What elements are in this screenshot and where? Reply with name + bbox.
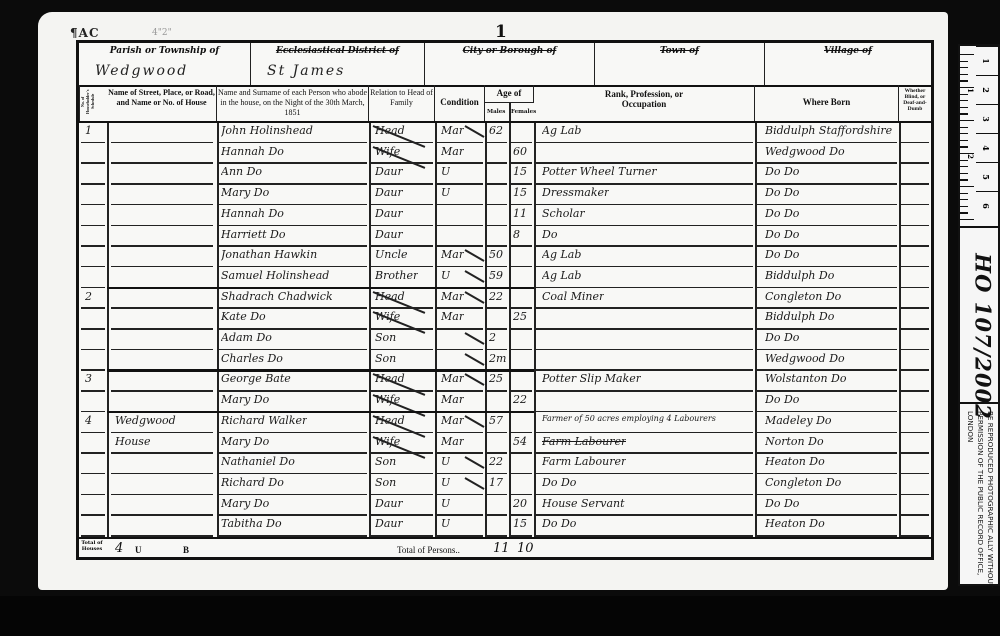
table-row: Ann DoDaurU15Potter Wheel TurnerDo Do — [79, 164, 931, 184]
totals-row: Total of Houses 4 U B Total of Persons..… — [79, 537, 931, 561]
place-value: Wedgwood — [79, 63, 250, 79]
cell-female-age: 8 — [513, 228, 520, 241]
ruler-tick — [960, 212, 968, 213]
ruler-tick — [960, 173, 968, 174]
cell-condition: U — [441, 186, 450, 199]
table-row: Charles DoSon2mWedgwood Do — [79, 351, 931, 371]
cell-male-age: 57 — [489, 414, 503, 427]
scan-border — [0, 596, 1000, 636]
cell-name: Mary Do — [221, 186, 269, 199]
cell-relation: Daur — [375, 165, 403, 178]
cell-address: House — [115, 435, 150, 448]
age-females-header: Females — [511, 109, 536, 115]
cell-female-age: 15 — [513, 186, 527, 199]
cell-birthplace: Congleton Do — [765, 290, 841, 303]
cell-condition: Mar — [441, 372, 464, 385]
ruler-number: 1 — [981, 58, 991, 64]
table-row: Kate DoWifeMar25Biddulph Do — [79, 309, 931, 329]
cell-name: Shadrach Chadwick — [221, 290, 333, 303]
ruler-number: 3 — [981, 116, 991, 122]
ruler-tick — [960, 100, 968, 101]
cell-relation: Son — [375, 352, 396, 365]
table-row: Adam DoSon2Do Do — [79, 330, 931, 350]
cell-male-age: 59 — [489, 269, 503, 282]
ruler-inch-mark: 1 — [966, 88, 975, 93]
cell-occupation: Do Do — [542, 476, 576, 489]
cell-relation: Son — [375, 476, 396, 489]
cell-male-age: 50 — [489, 248, 503, 261]
cell-name: Richard Do — [221, 476, 284, 489]
ruler-tick — [960, 140, 968, 141]
cell-condition: U — [441, 476, 450, 489]
table-row: 4WedgwoodRichard WalkerHeadMar57Farmer o… — [79, 413, 931, 433]
cell-birthplace: Biddulph Do — [765, 269, 834, 282]
reference-strip: 12345612 HO 107/2002 BE REPRODUCED PHOTO… — [958, 44, 1000, 586]
place-cell-1: Ecclesiastical District ofSt James — [251, 43, 425, 85]
cell-schedule: 3 — [85, 372, 92, 385]
total-females-value: 10 — [517, 541, 534, 556]
cell-birthplace: Congleton Do — [765, 476, 841, 489]
cell-name: Adam Do — [221, 331, 272, 344]
cell-birthplace: Do Do — [765, 248, 799, 261]
cell-birthplace: Madeley Do — [765, 414, 832, 427]
cell-name: Samuel Holinshead — [221, 269, 329, 282]
cell-occupation: Do Do — [542, 517, 576, 530]
cell-name: Mary Do — [221, 393, 269, 406]
cell-female-age: 22 — [513, 393, 527, 406]
table-row: Mary DoDaurU20House ServantDo Do — [79, 496, 931, 516]
cell-birthplace: Wolstanton Do — [765, 372, 846, 385]
household-separator — [107, 287, 534, 290]
cell-birthplace: Do Do — [765, 165, 799, 178]
place-label: Village of — [765, 46, 931, 56]
age-males-header: Males — [487, 109, 505, 115]
cell-occupation: Farm Labourer — [542, 455, 626, 468]
cell-occupation: Ag Lab — [542, 124, 581, 137]
ruler-tick — [960, 160, 968, 161]
cell-condition: Mar — [441, 435, 464, 448]
ruler-tick — [960, 133, 968, 134]
cell-name: George Bate — [221, 372, 291, 385]
cell-birthplace: Do Do — [765, 393, 799, 406]
table-row: Hannah DoDaur11ScholarDo Do — [79, 206, 931, 226]
cell-birthplace: Heaton Do — [765, 517, 825, 530]
ruler-number: 5 — [981, 174, 991, 180]
cell-relation: Daur — [375, 207, 403, 220]
ruler-inch-mark: 2 — [966, 154, 975, 159]
cell-relation: Head — [375, 414, 405, 427]
table-row: Jonathan HawkinUncleMar50Ag LabDo Do — [79, 247, 931, 267]
cell-male-age: 2 — [489, 331, 496, 344]
scale-ruler: 12345612 — [960, 46, 998, 228]
cell-birthplace: Do Do — [765, 497, 799, 510]
table-row: Samuel HolinsheadBrotherU59Ag LabBiddulp… — [79, 268, 931, 288]
ruler-tick — [960, 127, 968, 128]
cell-birthplace: Biddulph Staffordshire — [765, 124, 892, 137]
col-name-header: Name and Surname of each Person who abod… — [217, 85, 369, 121]
table-row: 3George BateHeadMar25Potter Slip MakerWo… — [79, 371, 931, 391]
cell-occupation: Ag Lab — [542, 269, 581, 282]
cell-name: Jonathan Hawkin — [221, 248, 317, 261]
place-label: City or Borough of — [425, 46, 594, 56]
col-age-header: Age of — [485, 85, 534, 103]
col-occupation-header: Rank, Profession, or Occupation — [534, 85, 755, 121]
cell-occupation: Coal Miner — [542, 290, 604, 303]
table-row: Mary DoWifeMar22Do Do — [79, 392, 931, 412]
cell-relation: Uncle — [375, 248, 408, 261]
table-row: Harriett DoDaur8DoDo Do — [79, 227, 931, 247]
place-label: Ecclesiastical District of — [251, 46, 424, 56]
ruler-number: 4 — [981, 145, 991, 151]
cell-schedule: 2 — [85, 290, 92, 303]
corner-faint-mark: 4"2" — [152, 28, 172, 38]
ruler-tick — [960, 166, 968, 167]
table-row: HouseMary DoWifeMar54Farm LabourerNorton… — [79, 434, 931, 454]
ruler-tick — [960, 74, 968, 75]
table-row: 1John HolinsheadHeadMar62Ag LabBiddulph … — [79, 123, 931, 143]
cell-birthplace: Norton Do — [765, 435, 824, 448]
cell-relation: Daur — [375, 517, 403, 530]
page-number: 1 — [495, 22, 507, 42]
cell-name: Hannah Do — [221, 207, 284, 220]
cell-condition: U — [441, 165, 450, 178]
cell-name: Kate Do — [221, 310, 266, 323]
cell-birthplace: Do Do — [765, 228, 799, 241]
cell-birthplace: Wedgwood Do — [765, 145, 845, 158]
place-label: Parish or Township of — [79, 46, 250, 56]
place-cell-3: Town of — [595, 43, 765, 85]
cell-birthplace: Do Do — [765, 331, 799, 344]
cell-name: Ann Do — [221, 165, 262, 178]
ruler-tick — [960, 193, 968, 194]
cell-relation: Head — [375, 290, 405, 303]
cell-female-age: 11 — [513, 207, 527, 220]
ruler-tick — [960, 61, 968, 62]
cell-relation: Brother — [375, 269, 418, 282]
cell-female-age: 25 — [513, 310, 527, 323]
cell-occupation: House Servant — [542, 497, 625, 510]
cell-occupation: Do — [542, 228, 557, 241]
ruler-number: 2 — [981, 87, 991, 93]
ruler-tick — [960, 107, 968, 108]
cell-name: Hannah Do — [221, 145, 284, 158]
cell-address: Wedgwood — [115, 414, 176, 427]
table-row: Nathaniel DoSonU22Farm LabourerHeaton Do — [79, 454, 931, 474]
ruler-tick — [960, 67, 968, 68]
table-row: Mary DoDaurU15DressmakerDo Do — [79, 185, 931, 205]
place-cell-4: Village of — [765, 43, 931, 85]
place-value: St James — [251, 63, 424, 79]
cell-birthplace: Heaton Do — [765, 455, 825, 468]
cell-relation: Son — [375, 455, 396, 468]
cell-schedule: 1 — [85, 124, 92, 137]
total-persons-label: Total of Persons.. — [397, 545, 460, 555]
cell-condition: Mar — [441, 248, 464, 261]
cell-birthplace: Do Do — [765, 207, 799, 220]
place-cell-2: City or Borough of — [425, 43, 595, 85]
cell-name: Mary Do — [221, 435, 269, 448]
cell-name: Charles Do — [221, 352, 283, 365]
cell-name: Mary Do — [221, 497, 269, 510]
col-blind-header: Whether Blind, or Deaf-and-Dumb — [899, 85, 931, 121]
ruler-tick — [960, 186, 974, 187]
cell-male-age: 62 — [489, 124, 503, 137]
place-cell-0: Parish or Township ofWedgwood — [79, 43, 251, 85]
ruler-tick — [960, 179, 968, 180]
cell-condition: U — [441, 497, 450, 510]
cell-condition: Mar — [441, 145, 464, 158]
cell-birthplace: Do Do — [765, 186, 799, 199]
cell-name: John Holinshead — [221, 124, 313, 137]
uninhabited-label: U — [135, 545, 142, 555]
table-row: 2Shadrach ChadwickHeadMar22Coal MinerCon… — [79, 289, 931, 309]
cell-female-age: 54 — [513, 435, 527, 448]
cell-occupation: Farmer of 50 acres employing 4 Labourers — [542, 414, 716, 423]
cell-occupation: Potter Slip Maker — [542, 372, 641, 385]
cell-occupation: Potter Wheel Turner — [542, 165, 657, 178]
total-houses-label: Total of Houses — [81, 541, 103, 552]
table-row: Hannah DoWifeMar60Wedgwood Do — [79, 144, 931, 164]
cell-female-age: 15 — [513, 165, 527, 178]
cell-condition: Mar — [441, 414, 464, 427]
household-separator — [107, 411, 534, 414]
cell-birthplace: Biddulph Do — [765, 310, 834, 323]
ruler-tick — [960, 219, 974, 220]
col-address-header: Name of Street, Place, or Road, and Name… — [107, 85, 217, 121]
ruler-tick — [960, 80, 968, 81]
cell-name: Tabitha Do — [221, 517, 282, 530]
place-label: Town of — [595, 46, 764, 56]
ruler-tick — [960, 146, 968, 147]
cell-condition: Mar — [441, 290, 464, 303]
cell-relation: Daur — [375, 186, 403, 199]
ruler-number: 6 — [981, 203, 991, 209]
total-houses-value: 4 — [115, 541, 123, 556]
cell-female-age: 15 — [513, 517, 527, 530]
cell-occupation: Ag Lab — [542, 248, 581, 261]
corner-stamp: ¶AC — [70, 26, 100, 40]
ruler-tick — [960, 113, 968, 114]
cell-female-age: 60 — [513, 145, 527, 158]
census-form: Parish or Township ofWedgwoodEcclesiasti… — [76, 40, 934, 560]
household-separator — [107, 369, 534, 372]
table-row: Tabitha DoDaurU15Do DoHeaton Do — [79, 516, 931, 536]
col-relation-header: Relation to Head of Family — [369, 85, 435, 121]
col-condition-header: Condition — [435, 85, 485, 121]
cell-condition: Mar — [441, 310, 464, 323]
cell-male-age: 17 — [489, 476, 503, 489]
cell-relation: Daur — [375, 228, 403, 241]
cell-male-age: 25 — [489, 372, 503, 385]
ruler-tick — [960, 206, 968, 207]
ruler-tick — [960, 199, 968, 200]
cell-birthplace: Wedgwood Do — [765, 352, 845, 365]
col-schedule-header: No. of Householder's Schedule — [79, 85, 107, 121]
copyright-notice: BE REPRODUCED PHOTOGRAPHIC ALLY WITHOUT … — [960, 402, 998, 588]
cell-condition: U — [441, 517, 450, 530]
cell-condition: Mar — [441, 393, 464, 406]
place-header-row: Parish or Township ofWedgwoodEcclesiasti… — [79, 43, 931, 87]
cell-condition: U — [441, 455, 450, 468]
cell-condition: U — [441, 269, 450, 282]
cell-relation: Son — [375, 331, 396, 344]
cell-schedule: 4 — [85, 414, 92, 427]
table-row: Richard DoSonU17Do DoCongleton Do — [79, 475, 931, 495]
cell-occupation: Farm Labourer — [542, 435, 626, 448]
cell-male-age: 22 — [489, 455, 503, 468]
cell-female-age: 20 — [513, 497, 527, 510]
ruler-tick — [960, 94, 968, 95]
cell-male-age: 22 — [489, 290, 503, 303]
cell-name: Nathaniel Do — [221, 455, 295, 468]
cell-name: Harriett Do — [221, 228, 285, 241]
ruler-tick — [960, 54, 974, 55]
building-label: B — [183, 545, 189, 555]
cell-occupation: Dressmaker — [542, 186, 609, 199]
total-males-value: 11 — [493, 541, 510, 556]
cell-occupation: Scholar — [542, 207, 585, 220]
cell-condition: Mar — [441, 124, 464, 137]
ruler-tick — [960, 120, 974, 121]
cell-relation: Daur — [375, 497, 403, 510]
col-birthplace-header: Where Born — [755, 85, 899, 121]
cell-name: Richard Walker — [221, 414, 307, 427]
cell-male-age: 2m — [489, 352, 506, 365]
